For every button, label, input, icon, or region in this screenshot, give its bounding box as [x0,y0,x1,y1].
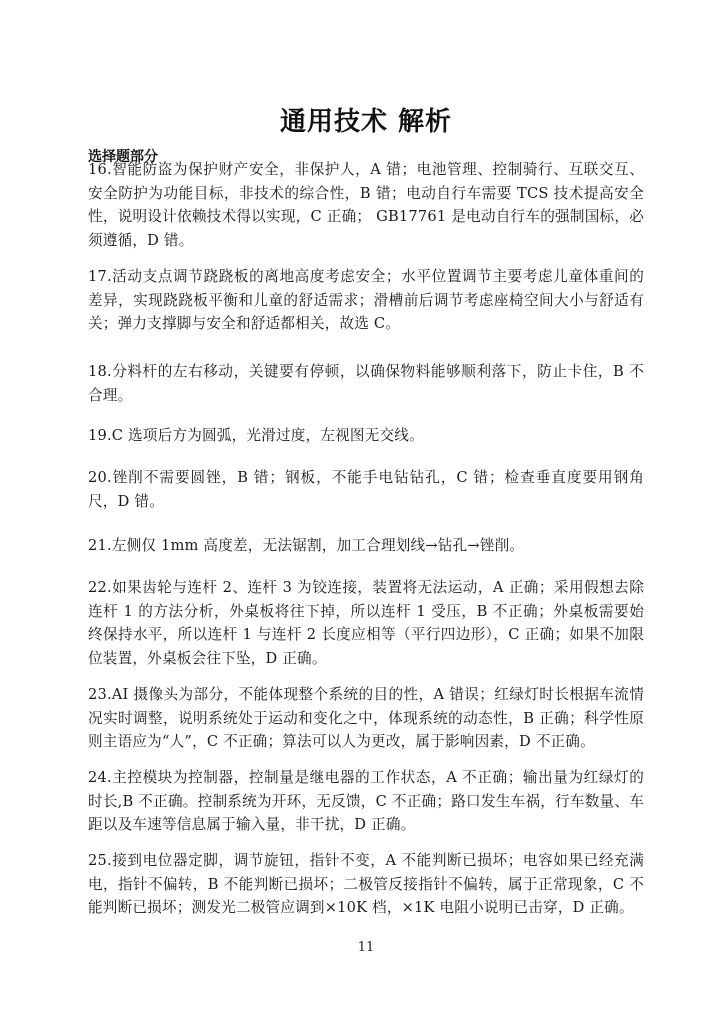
page-number: 11 [88,940,644,955]
answer-item-24: 24.主控模块为控制器，控制量是继电器的工作状态，A 不正确；输出量为红绿灯的时… [88,766,644,837]
answer-item-16: 16.智能防盗为保护财产安全，非保护人，A 错；电池管理、控制骑行、互联交互、安… [88,158,644,252]
answer-item-25: 25.接到电位器定脚，调节旋钮，指针不变，A 不能判断已损坏；电容如果已经充满电… [88,849,644,920]
answer-item-21: 21.左侧仅 1mm 高度差，无法锯割，加工合理划线→钻孔→锉削。 [88,534,644,558]
answer-item-22: 22.如果齿轮与连杆 2、连杆 3 为铰连接，装置将无法运动，A 正确；采用假想… [88,576,644,670]
answer-item-20: 20.锉削不需要圆锉，B 错；钢板，不能手电钻钻孔，C 错；检查垂直度要用钢角尺… [88,466,644,513]
answer-item-23: 23.AI 摄像头为部分，不能体现整个系统的目的性，A 错误；红绿灯时长根据车流… [88,683,644,754]
answer-item-18: 18.分料杆的左右移动，关键要有停顿，以确保物料能够顺利落下，防止卡住，B 不合… [88,360,644,407]
answer-item-17: 17.活动支点调节跷跷板的离地高度考虑安全；水平位置调节主要考虑儿童体重间的差异… [88,265,644,336]
answer-item-19: 19.C 选项后方为圆弧，光滑过度，左视图无交线。 [88,424,644,448]
page-title: 通用技术 解析 [88,104,644,140]
